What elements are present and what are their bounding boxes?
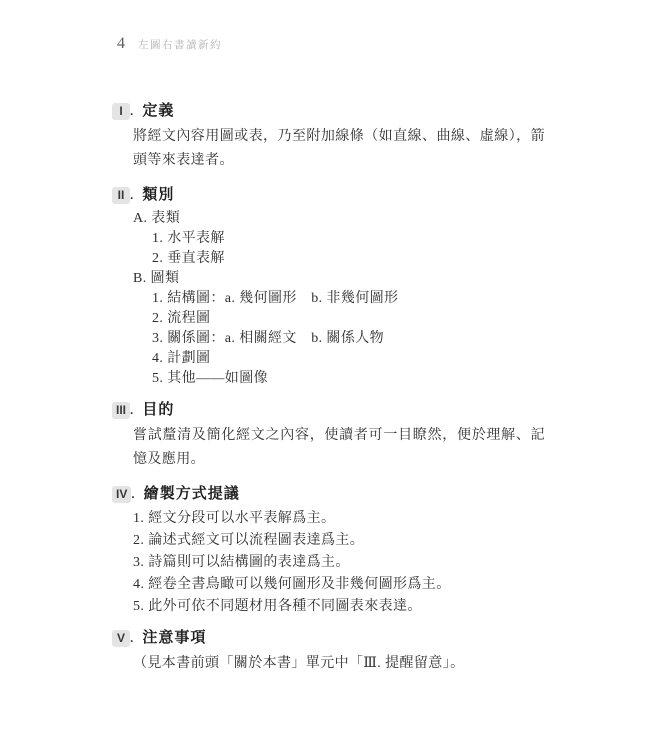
- numeral-period: .: [130, 184, 133, 206]
- list-item: 2. 垂直表解: [152, 249, 552, 269]
- roman-numeral-badge: IV: [112, 486, 131, 503]
- section-heading: IV. 繪製方式提議: [112, 483, 552, 505]
- book-page: 4 左圖右書讀新約 I. 定義 將經文內容用圖或表，乃至附加線條（如直線、曲線、…: [0, 0, 650, 750]
- list-item: 3. 詩篇則可以結構圖的表達爲主。: [133, 552, 552, 574]
- section-heading: I. 定義: [112, 100, 552, 122]
- section-purpose: III. 目的 嘗試釐清及簡化經文之內容，使讀者可一目瞭然，便於理解、記憶及應用…: [112, 399, 552, 471]
- section-notes: V. 注意事項 （見本書前頭「關於本書」單元中「Ⅲ. 提醒留意」。: [112, 627, 552, 676]
- roman-numeral-badge: III: [112, 402, 130, 419]
- page-number: 4: [117, 35, 125, 53]
- numeral-period: .: [130, 627, 133, 649]
- list-item: 5. 其他——如圖像: [152, 369, 552, 389]
- section-paragraph: 嘗試釐清及簡化經文之內容，使讀者可一目瞭然，便於理解、記憶及應用。: [133, 424, 545, 471]
- section-paragraph: （見本書前頭「關於本書」單元中「Ⅲ. 提醒留意」。: [133, 652, 545, 676]
- section-categories: II. 類別 A. 表類 1. 水平表解 2. 垂直表解 B. 圖類 1. 結構…: [112, 184, 552, 389]
- section-drawing-suggestions: IV. 繪製方式提議 1. 經文分段可以水平表解爲主。 2. 論述式經文可以流程…: [112, 483, 552, 618]
- section-title: 類別: [142, 184, 174, 206]
- section-definition: I. 定義 將經文內容用圖或表，乃至附加線條（如直線、曲線、虛線），箭頭等來表達…: [112, 100, 552, 172]
- roman-numeral-badge: V: [112, 630, 130, 647]
- section-title: 注意事項: [142, 627, 206, 649]
- list-item: 4. 經卷全書鳥瞰可以幾何圖形及非幾何圖形爲主。: [133, 574, 552, 596]
- list-item: 4. 計劃圖: [152, 349, 552, 369]
- roman-numeral-badge: I: [112, 103, 130, 120]
- numeral-period: .: [131, 483, 134, 505]
- section-title: 目的: [142, 399, 174, 421]
- section-title: 定義: [142, 100, 174, 122]
- section-heading: II. 類別: [112, 184, 552, 206]
- numeral-period: .: [130, 399, 133, 421]
- section-paragraph: 將經文內容用圖或表，乃至附加線條（如直線、曲線、虛線），箭頭等來表達者。: [133, 125, 545, 172]
- section-title: 繪製方式提議: [144, 483, 240, 505]
- outline-list: 1. 經文分段可以水平表解爲主。 2. 論述式經文可以流程圖表達爲主。 3. 詩…: [112, 508, 552, 618]
- list-item: 5. 此外可依不同題材用各種不同圖表來表達。: [133, 596, 552, 618]
- numeral-period: .: [130, 100, 133, 122]
- list-item: 2. 流程圖: [152, 309, 552, 329]
- section-heading: V. 注意事項: [112, 627, 552, 649]
- list-item: 1. 經文分段可以水平表解爲主。: [133, 508, 552, 530]
- outline-list: A. 表類 1. 水平表解 2. 垂直表解 B. 圖類 1. 結構圖：a. 幾何…: [112, 209, 552, 389]
- section-heading: III. 目的: [112, 399, 552, 421]
- list-item: B. 圖類: [133, 269, 552, 289]
- book-title: 左圖右書讀新約: [138, 37, 222, 52]
- roman-numeral-badge: II: [112, 187, 130, 204]
- running-header: 4 左圖右書讀新約: [117, 35, 222, 53]
- list-item: A. 表類: [133, 209, 552, 229]
- list-item: 2. 論述式經文可以流程圖表達爲主。: [133, 530, 552, 552]
- list-item: 1. 水平表解: [152, 229, 552, 249]
- list-item: 3. 關係圖：a. 相關經文 b. 關係人物: [152, 329, 552, 349]
- page-content: I. 定義 將經文內容用圖或表，乃至附加線條（如直線、曲線、虛線），箭頭等來表達…: [112, 100, 552, 676]
- list-item: 1. 結構圖：a. 幾何圖形 b. 非幾何圖形: [152, 289, 552, 309]
